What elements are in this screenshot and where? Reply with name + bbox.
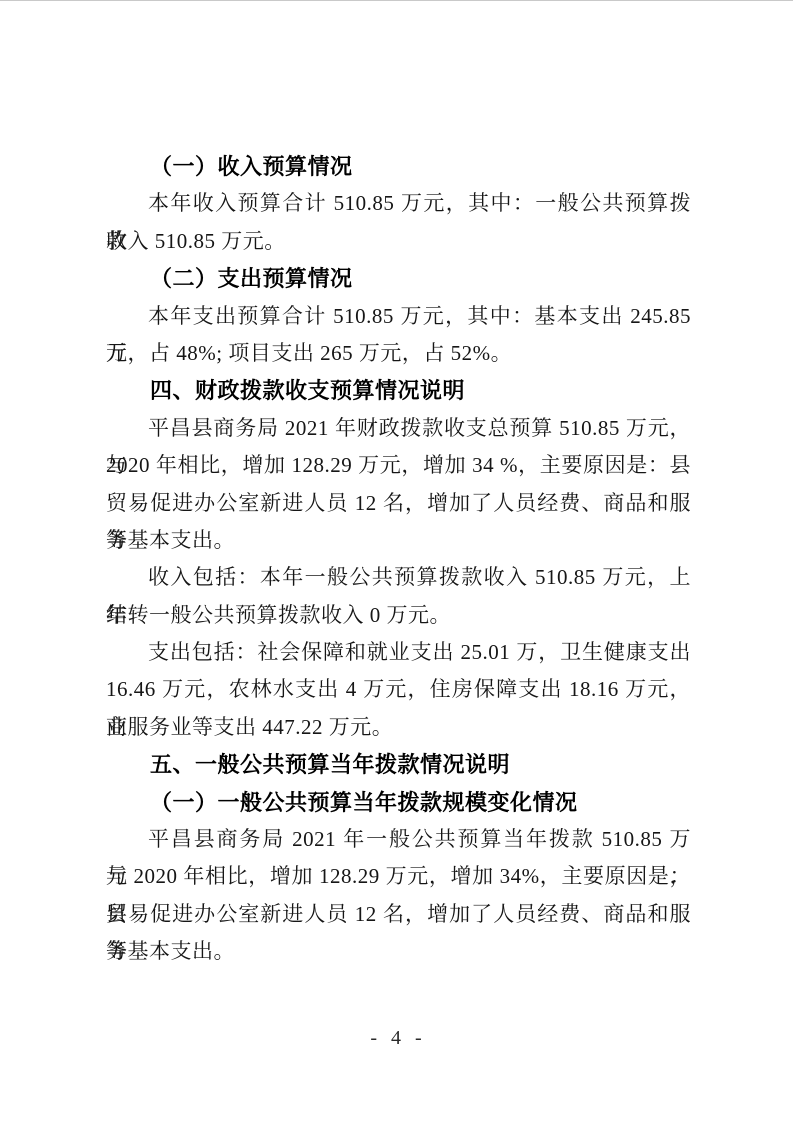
text-line: 元，占 48%; 项目支出 265 万元，占 52%。: [106, 335, 691, 372]
paragraph: 支出包括：社会保障和就业支出 25.01 万，卫生健康支出16.46 万元，农林…: [106, 634, 691, 746]
text-line: 2020 年相比，增加 128.29 万元，增加 34 %，主要原因是：县: [106, 447, 691, 484]
paragraph: 平昌县商务局 2021 年一般公共预算当年拨款 510.85 万元，与 2020…: [106, 821, 691, 971]
text-line: 等基本支出。: [106, 522, 691, 559]
text-line: 本年收入预算合计 510.85 万元，其中：一般公共预算拨款: [106, 185, 691, 222]
text-line: 结转一般公共预算拨款收入 0 万元。: [106, 597, 691, 634]
text-line: 平昌县商务局 2021 年财政拨款收支总预算 510.85 万元，与: [106, 410, 691, 447]
subsection-heading: （一）一般公共预算当年拨款规模变化情况: [106, 784, 691, 821]
text-line: 16.46 万元，农林水支出 4 万元，住房保障支出 18.16 万元，商: [106, 671, 691, 708]
text-line: 支出包括：社会保障和就业支出 25.01 万，卫生健康支出: [106, 634, 691, 671]
section-heading: 五、一般公共预算当年拨款情况说明: [106, 746, 691, 783]
text-line: 平昌县商务局 2021 年一般公共预算当年拨款 510.85 万元，: [106, 821, 691, 858]
page-number: - 4 -: [370, 1027, 422, 1049]
text-line: 贸易促进办公室新进人员 12 名，增加了人员经费、商品和服务: [106, 485, 691, 522]
text-line: 与 2020 年相比，增加 128.29 万元，增加 34%，主要原因是：县: [106, 858, 691, 895]
document-body: （一）收入预算情况本年收入预算合计 510.85 万元，其中：一般公共预算拨款收…: [106, 148, 691, 971]
paragraph: 本年支出预算合计 510.85 万元，其中：基本支出 245.85 万元，占 4…: [106, 298, 691, 373]
paragraph: 收入包括：本年一般公共预算拨款收入 510.85 万元，上年结转一般公共预算拨款…: [106, 559, 691, 634]
subsection-heading: （一）收入预算情况: [106, 148, 691, 185]
text-line: 收入包括：本年一般公共预算拨款收入 510.85 万元，上年: [106, 559, 691, 596]
paragraph: 本年收入预算合计 510.85 万元，其中：一般公共预算拨款收入 510.85 …: [106, 185, 691, 260]
paragraph: 平昌县商务局 2021 年财政拨款收支总预算 510.85 万元，与2020 年…: [106, 410, 691, 560]
text-line: 贸易促进办公室新进人员 12 名，增加了人员经费、商品和服务: [106, 896, 691, 933]
text-line: 业服务业等支出 447.22 万元。: [106, 709, 691, 746]
subsection-heading: （二）支出预算情况: [106, 260, 691, 297]
page-footer: - 4 -: [0, 1027, 793, 1050]
text-line: 收入 510.85 万元。: [106, 223, 691, 260]
text-line: 等基本支出。: [106, 933, 691, 970]
document-page: （一）收入预算情况本年收入预算合计 510.85 万元，其中：一般公共预算拨款收…: [0, 0, 793, 1123]
section-heading: 四、财政拨款收支预算情况说明: [106, 372, 691, 409]
text-line: 本年支出预算合计 510.85 万元，其中：基本支出 245.85 万: [106, 298, 691, 335]
